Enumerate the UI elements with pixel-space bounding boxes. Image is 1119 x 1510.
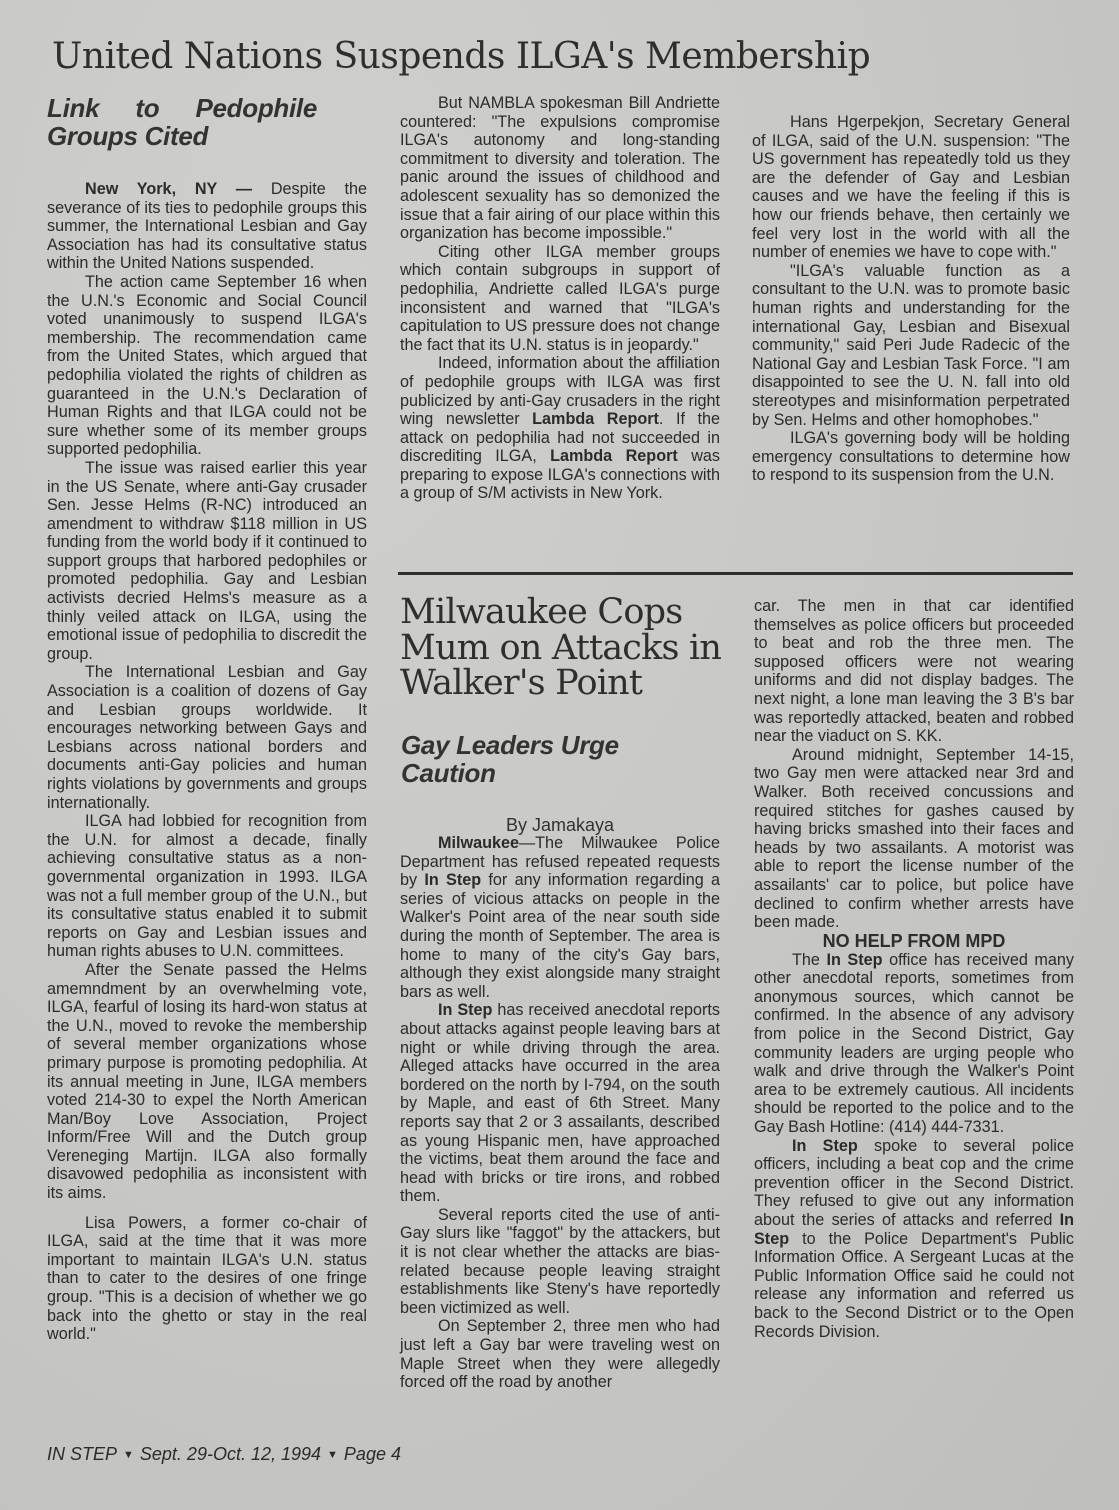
- article1-paragraph: The action came September 16 when the U.…: [47, 273, 367, 459]
- article2-column-1: Milwaukee—The Milwaukee Police Departmen…: [400, 834, 720, 1392]
- article1-paragraph: New York, NY — Despite the severance of …: [47, 180, 367, 273]
- article2-paragraph: In Step has received anecdotal reports a…: [400, 1001, 720, 1206]
- dateline: New York, NY —: [85, 180, 252, 198]
- article1-subhead: Link to Pedophile Groups Cited: [47, 94, 317, 150]
- article1-column-2: But NAMBLA spokesman Bill Andriette coun…: [400, 94, 720, 503]
- triangle-down-icon: ▼: [327, 1449, 338, 1461]
- article2-subhead: Gay Leaders Urge Caution: [401, 731, 671, 787]
- article1-column-1: Link to Pedophile Groups Cited New York,…: [47, 94, 367, 1344]
- article1-paragraph: Citing other ILGA member groups which co…: [400, 243, 720, 355]
- page-number: Page 4: [344, 1444, 401, 1464]
- article1-paragraph: ILGA had lobbied for recognition from th…: [47, 812, 367, 961]
- article1-paragraph: Lisa Powers, a former co-chair of ILGA, …: [47, 1214, 367, 1344]
- article1-paragraph: Hans Hgerpekjon, Secretary General of IL…: [752, 113, 1070, 262]
- publication-name: Lambda Report: [550, 447, 678, 465]
- article1-paragraph: The International Lesbian and Gay Associ…: [47, 663, 367, 812]
- article2-paragraph: The In Step office has received many oth…: [754, 951, 1074, 1137]
- article1-paragraph: Indeed, information about the affiliatio…: [400, 354, 720, 503]
- publication-name: Lambda Report: [532, 410, 659, 428]
- triangle-down-icon: ▼: [123, 1449, 134, 1461]
- article2-headline: Milwaukee Cops Mum on Attacks in Walker'…: [400, 595, 740, 702]
- article2-paragraph: On September 2, three men who had just l…: [400, 1317, 720, 1391]
- article2-paragraph: Several reports cited the use of anti-Ga…: [400, 1206, 720, 1318]
- issue-date: Sept. 29-Oct. 12, 1994: [140, 1444, 321, 1464]
- article1-paragraph: The issue was raised earlier this year i…: [47, 459, 367, 664]
- article-divider: [398, 572, 1073, 575]
- page-footer: IN STEP▼Sept. 29-Oct. 12, 1994▼Page 4: [47, 1444, 401, 1465]
- article1-paragraph: "ILGA's valuable function as a consultan…: [752, 262, 1070, 429]
- article1-column-3: Hans Hgerpekjon, Secretary General of IL…: [752, 113, 1070, 485]
- section-heading: NO HELP FROM MPD: [754, 932, 1074, 951]
- byline: By Jamakaya: [400, 815, 720, 836]
- publication-name: IN STEP: [47, 1444, 117, 1464]
- article2-paragraph: Around midnight, September 14-15, two Ga…: [754, 746, 1074, 932]
- article1-paragraph: After the Senate passed the Helms amemnd…: [47, 961, 367, 1203]
- main-headline: United Nations Suspends ILGA's Membershi…: [52, 36, 870, 77]
- article2-column-2: car. The men in that car identified them…: [754, 597, 1074, 1341]
- dateline: Milwaukee: [438, 834, 519, 852]
- article2-subhead-wrap: Gay Leaders Urge Caution: [401, 731, 731, 787]
- article2-paragraph-continued: car. The men in that car identified them…: [754, 597, 1074, 746]
- article1-paragraph: But NAMBLA spokesman Bill Andriette coun…: [400, 94, 720, 243]
- article2-paragraph: Milwaukee—The Milwaukee Police Departmen…: [400, 834, 720, 1001]
- article2-paragraph: In Step spoke to several police officers…: [754, 1137, 1074, 1342]
- article1-paragraph: ILGA's governing body will be holding em…: [752, 429, 1070, 485]
